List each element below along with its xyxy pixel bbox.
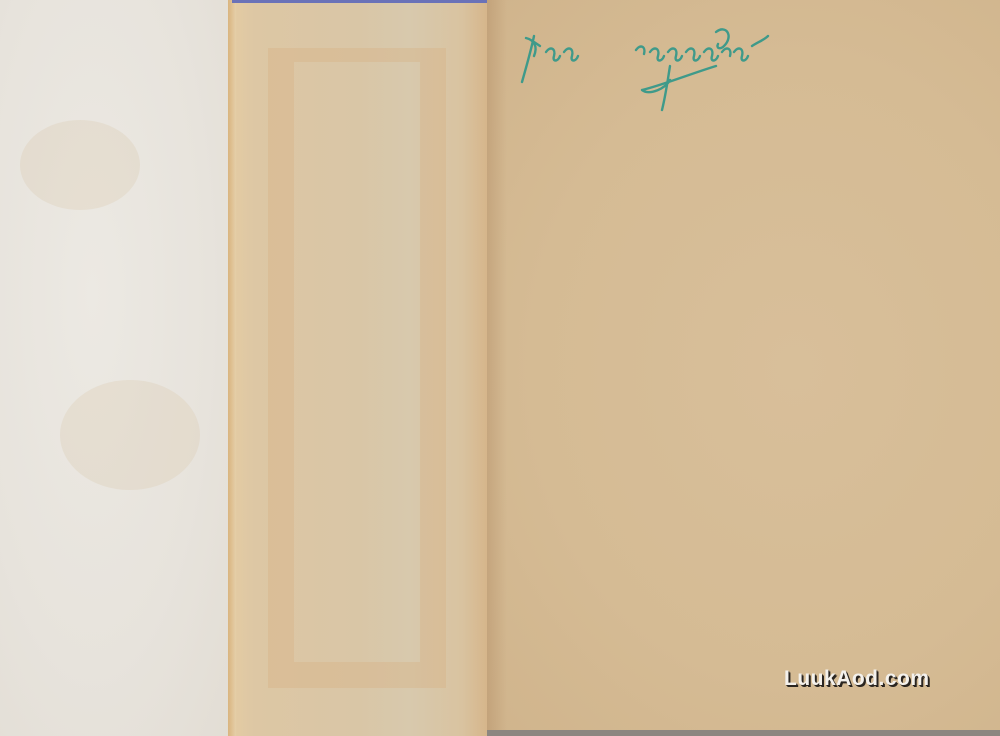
tide-mark-stain [268,48,446,688]
stained-paper-strip [228,0,488,736]
paper-stain [60,380,200,490]
gutter-shadow [487,0,507,736]
left-flyleaf [0,0,232,736]
blue-cover-edge [232,0,492,3]
watermark: LuukAod.com [784,667,930,691]
table-surface [487,730,1000,736]
torn-edge [228,0,236,736]
handwritten-inscription [520,16,780,116]
paper-stain [20,120,140,210]
